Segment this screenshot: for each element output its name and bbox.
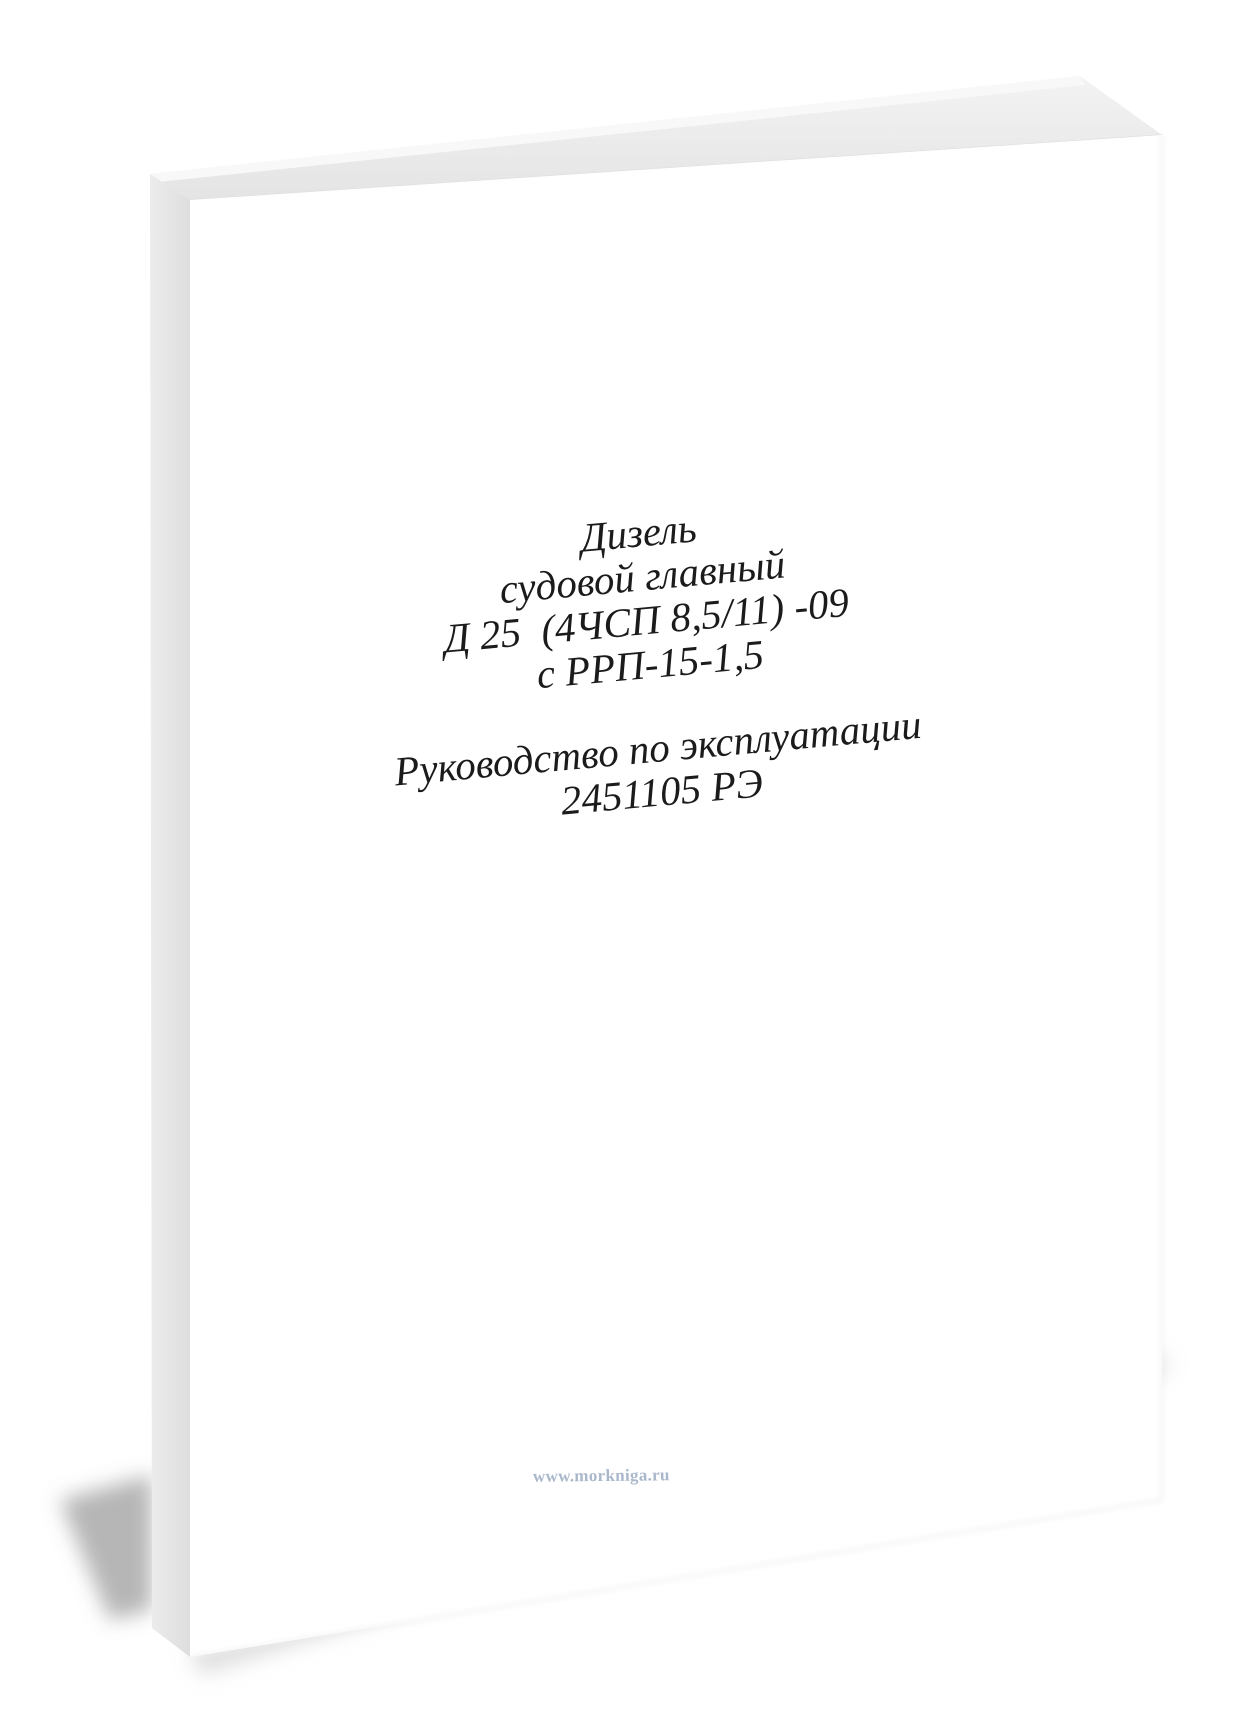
book-spine [150, 174, 190, 1657]
book-mockup [0, 0, 1249, 1711]
front-cover [190, 135, 1162, 1657]
cover-text-block: Дизель судовой главный Д 25 (4ЧСП 8,5/11… [288, 479, 1013, 845]
watermark: www.morkniga.ru [533, 1465, 670, 1486]
